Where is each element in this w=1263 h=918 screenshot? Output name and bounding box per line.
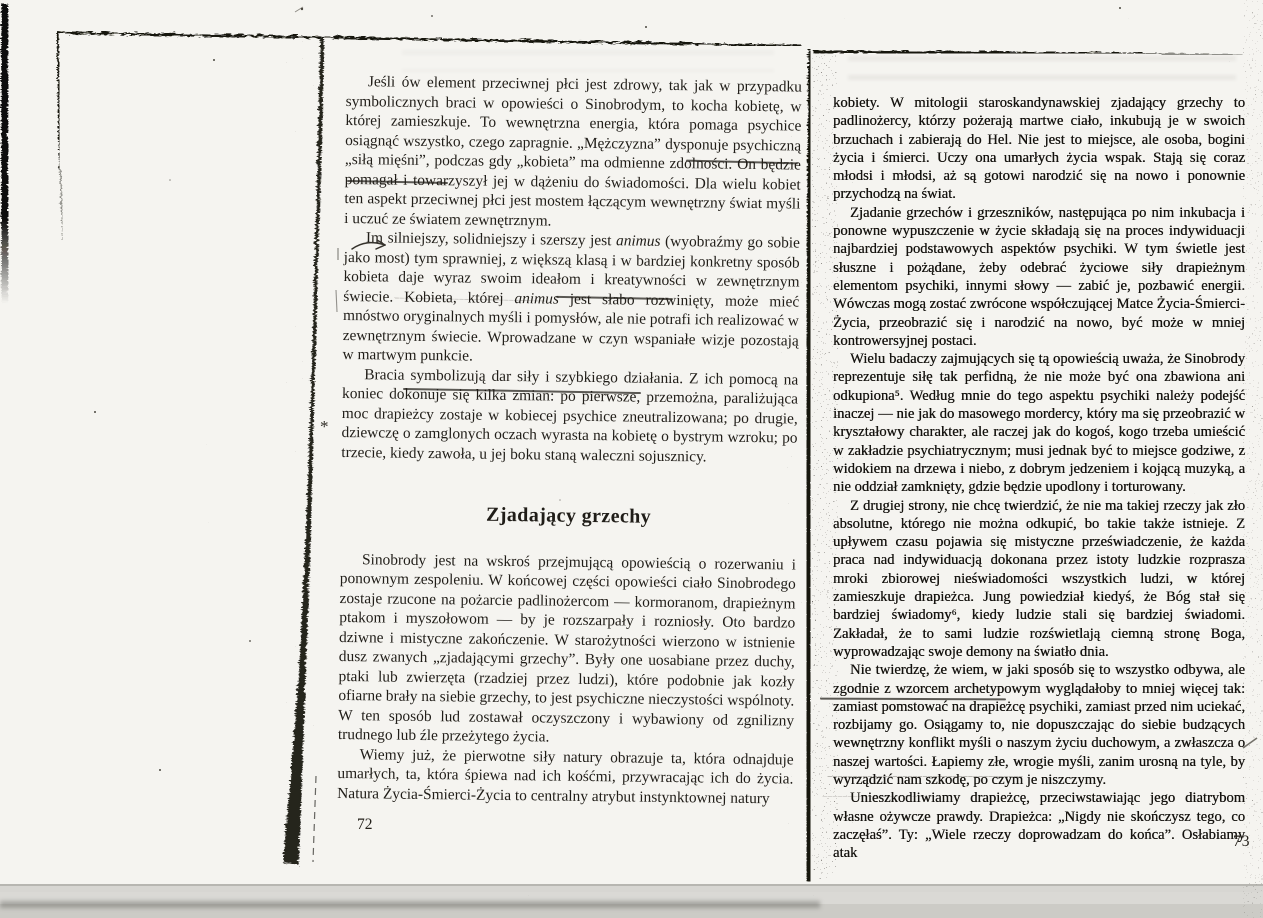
- section-heading: Zjadający grzechy: [340, 504, 796, 529]
- gutter-line: [807, 49, 810, 880]
- page-number-right: 73: [1233, 833, 1251, 851]
- scan-bottom-shadow: [0, 901, 820, 908]
- bleedthrough-ghost-text: [848, 56, 1236, 94]
- scan-left-edge-bar: [0, 2, 7, 302]
- paragraph: Wielu badaczy zajmujących się tą opowieś…: [833, 350, 1245, 496]
- left-page-top-border: [56, 32, 800, 45]
- paragraph: Sinobrody jest na wskroś przejmującą opo…: [338, 549, 796, 750]
- paragraph: Wiemy już, że pierwotne siły natury obra…: [337, 744, 794, 808]
- page-number-left: 72: [357, 816, 373, 834]
- paragraph: Nie twierdzę, że wiem, w jaki sposób się…: [833, 661, 1245, 789]
- pen-asterisk-mark: *: [320, 417, 329, 437]
- pen-tick-mark: [336, 290, 337, 312]
- paragraph: Bracia symbolizują dar siły i szybkiego …: [341, 364, 798, 467]
- page-edge-dashed-line: [313, 776, 316, 862]
- left-page-left-border: [57, 32, 60, 168]
- bleedthrough-ghost-text: [402, 50, 774, 72]
- scan-right-edge-noise: [1243, 0, 1263, 918]
- scanned-book-spread: Jeśli ów element przeciwnej płci jest zd…: [0, 0, 1263, 918]
- paragraph: Jeśli ów element przeciwnej płci jest zd…: [344, 72, 802, 234]
- paragraph: Unieszkodliwiamy drapieżcę, przeciwstawi…: [833, 789, 1245, 862]
- paragraph: Im silniejszy, solidniejszy i szerszy je…: [342, 228, 800, 370]
- right-page-top-border-fade: [1160, 53, 1243, 55]
- left-page-text-block: Jeśli ów element przeciwnej płci jest zd…: [337, 72, 802, 809]
- paragraph: Zjadanie grzechów i grzeszników, następu…: [833, 204, 1245, 350]
- page-edge-noise: [283, 40, 329, 868]
- right-page-text-block: kobiety. W mitologii staroskandynawskiej…: [833, 94, 1245, 862]
- page-edge-shadow-strip: [282, 36, 323, 864]
- paragraph: kobiety. W mitologii staroskandynawskiej…: [833, 94, 1245, 204]
- pen-slash-mark: [1243, 738, 1257, 748]
- paragraph: Z drugiej strony, nie chcę twierdzić, że…: [833, 497, 1245, 662]
- right-page-top-border: [812, 51, 1160, 54]
- left-page-left-border-fade: [59, 168, 62, 240]
